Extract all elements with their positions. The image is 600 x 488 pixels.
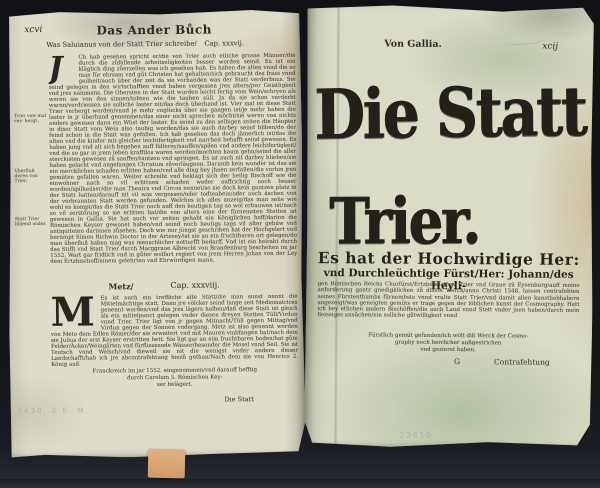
- right-catchword: Contrafehtung: [494, 357, 550, 366]
- left-running-title: Das Ander Bůch: [6, 22, 302, 39]
- table-surface: [0, 479, 600, 488]
- right-running-title: Von Gallia.: [384, 39, 442, 50]
- drop-cap-initial: J: [48, 56, 75, 81]
- dedication-heading-1: Es hat der Hochwirdige Her:: [305, 248, 593, 269]
- left-catchword: Die Statt: [224, 395, 253, 403]
- metz-title: Metz/: [108, 281, 133, 291]
- right-page: Von Gallia. xcij Die Statt Trier. Es hat…: [303, 4, 594, 449]
- photo-backdrop: xcvi Das Ander Bůch Was Saluianus von de…: [0, 0, 600, 488]
- right-folio-number: xcij: [542, 42, 558, 52]
- pencil-annotation: 1430. 2 E. M.: [18, 407, 90, 416]
- left-paragraph: Ch hab gesehen spricht er/die von Trier …: [49, 53, 298, 265]
- metz-section-header: Metz/ Cap. xxxviij.: [8, 280, 304, 283]
- dedication-body-text: gen Römischen Reichs Churfürst/Ertzbisch…: [317, 281, 579, 333]
- left-body-text: JCh hab gesehen spricht er/die von Trier…: [48, 53, 297, 279]
- dedication-taper-line: vnd gezieret haben.: [317, 346, 579, 354]
- repair-patch: [148, 449, 186, 479]
- metz-body-text: MEs ist auch ein treffliche alte Statt/d…: [51, 294, 299, 368]
- signature-mark: G: [454, 357, 460, 366]
- metz-drop-cap-initial: M: [51, 295, 101, 329]
- margin-note: Vberfluß deren von Trier.: [14, 169, 47, 185]
- pencil-inventory-number: 22610: [400, 431, 433, 440]
- metz-chapter-label: Cap. xxxviij.: [170, 280, 219, 289]
- margin-note: Trier vier mal ver- hergt.: [14, 114, 47, 125]
- left-page: xcvi Das Ander Bůch Was Saluianus von de…: [6, 9, 306, 459]
- metz-taper-line: ser belägert.: [51, 381, 298, 389]
- title-line-1: Die Statt: [305, 71, 594, 155]
- title-line-2: Trier.: [260, 182, 548, 258]
- left-page-header: xcvi Das Ander Bůch: [6, 22, 302, 25]
- margin-note: Statt Trier blüend wider.: [15, 217, 48, 228]
- chapter-label: Cap. xxxvij.: [204, 39, 244, 47]
- section-title: Was Saluianus von der Statt Trier schrei…: [46, 39, 296, 49]
